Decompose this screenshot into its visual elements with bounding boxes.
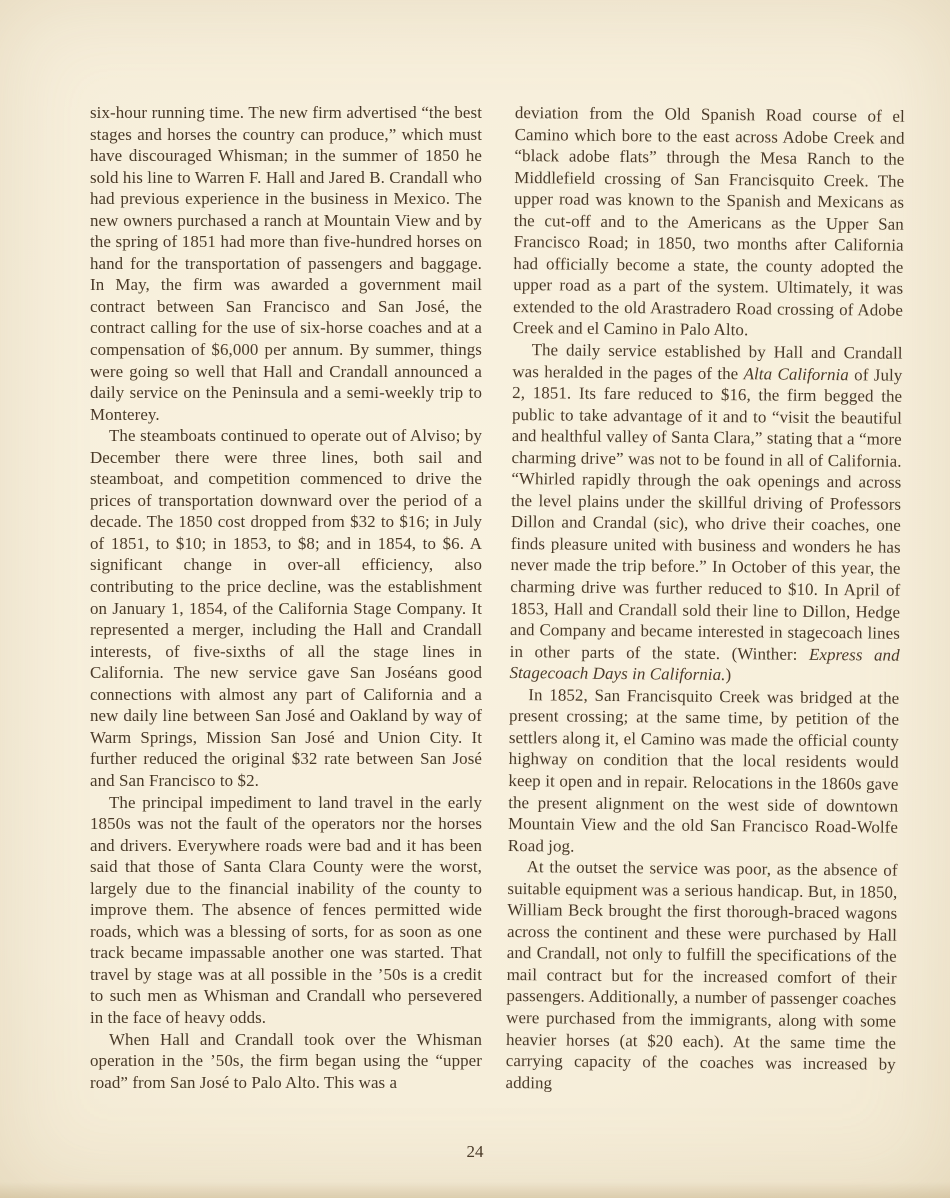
paragraph: In 1852, San Francisquito Creek was brid…: [508, 684, 900, 860]
paragraph: six-hour running time. The new firm adve…: [90, 102, 482, 425]
paragraph: The steamboats continued to operate out …: [90, 425, 482, 791]
body-text: six-hour running time. The new firm adve…: [90, 103, 482, 424]
left-column: six-hour running time. The new firm adve…: [90, 102, 482, 1093]
paragraph: When Hall and Crandall took over the Whi…: [90, 1029, 482, 1094]
book-page: six-hour running time. The new firm adve…: [0, 0, 950, 1198]
text-columns: six-hour running time. The new firm adve…: [90, 102, 905, 1093]
page-number: 24: [0, 1142, 950, 1162]
body-text: ): [725, 665, 731, 684]
body-text: of July 2, 1851. Its fare reduced to $16…: [510, 365, 903, 664]
paragraph: The daily service established by Hall an…: [509, 339, 902, 687]
paragraph: deviation from the Old Spanish Road cour…: [513, 102, 905, 343]
body-text: In 1852, San Francisquito Creek was brid…: [508, 685, 900, 855]
body-text: When Hall and Crandall took over the Whi…: [90, 1030, 482, 1092]
paragraph: The principal impediment to land travel …: [90, 792, 482, 1029]
body-text: The principal impediment to land travel …: [90, 793, 482, 1027]
right-column: deviation from the Old Spanish Road cour…: [505, 102, 904, 1097]
paragraph: At the outset the service was poor, as t…: [505, 856, 897, 1097]
body-text: The steamboats continued to operate out …: [90, 426, 482, 790]
italic-text: Alta California: [744, 364, 849, 384]
body-text: deviation from the Old Spanish Road cour…: [513, 103, 905, 340]
body-text: At the outset the service was poor, as t…: [506, 857, 898, 1092]
